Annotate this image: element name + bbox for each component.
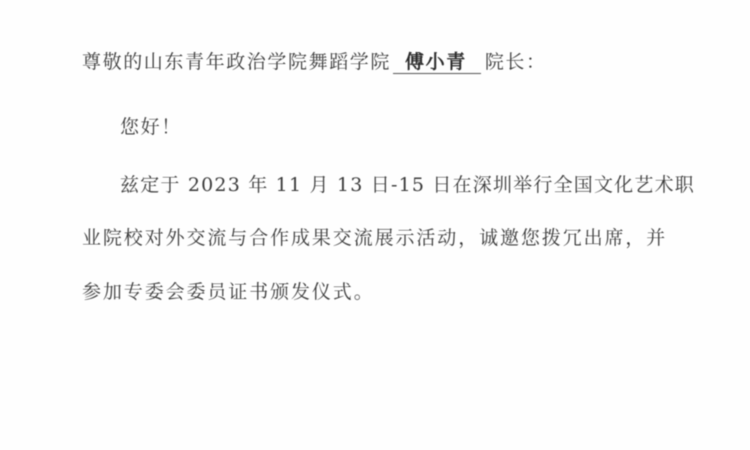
- recipient-name-field: 傅小青: [393, 51, 481, 74]
- salutation-suffix: 院长：: [485, 51, 547, 73]
- body-line-2: 业院校对外交流与合作成果交流展示活动，诚邀您拨冗出席，并: [82, 226, 667, 250]
- body-line-1: 兹定于 2023 年 11 月 13 日-15 日在深圳举行全国文化艺术职: [120, 173, 695, 197]
- body-line-3: 参加专委会委员证书颁发仪式。: [82, 280, 375, 304]
- greeting: 您好！: [120, 115, 182, 139]
- invitation-letter-page: 尊敬的山东青年政治学院舞蹈学院傅小青院长： 您好！ 兹定于 2023 年 11 …: [0, 0, 750, 450]
- salutation-prefix: 尊敬的山东青年政治学院舞蹈学院: [82, 51, 391, 73]
- salutation-line: 尊敬的山东青年政治学院舞蹈学院傅小青院长：: [82, 50, 547, 74]
